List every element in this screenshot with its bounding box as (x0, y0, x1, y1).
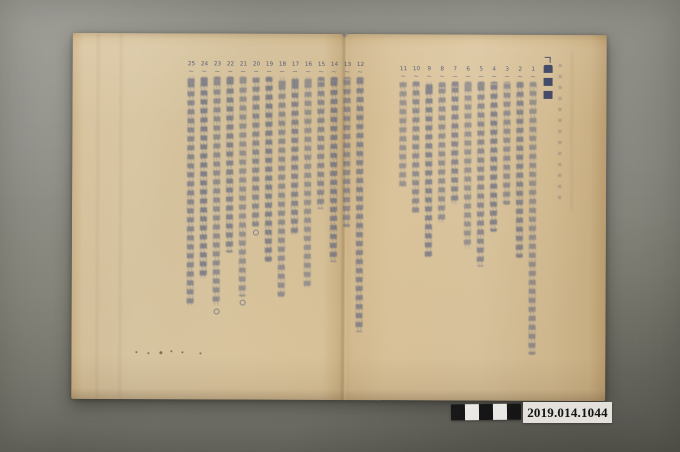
handwritten-column-text (412, 81, 420, 213)
handwritten-column-text (477, 82, 485, 267)
wavy-underline-mark: ~ (426, 73, 433, 80)
column-number: 8 (439, 65, 446, 74)
handwritten-column-text (330, 77, 338, 262)
scale-square-black (451, 404, 465, 420)
column-number: 16 (305, 60, 312, 69)
circle-mark (239, 300, 245, 306)
paper-crease (95, 33, 100, 399)
handwritten-column-text (291, 77, 299, 235)
wavy-underline-mark: ~ (188, 68, 195, 75)
handwritten-column-text (438, 81, 446, 222)
center-fold-crease (340, 34, 348, 400)
text-column: 6~ (464, 65, 472, 249)
text-column: 4~ (490, 65, 498, 232)
ink-speck (199, 352, 201, 354)
column-number: 25 (188, 60, 195, 69)
paper-crease (570, 53, 574, 211)
handwritten-column-text (503, 82, 511, 205)
handwritten-column-text (226, 77, 234, 253)
title-glyphs (543, 65, 552, 104)
column-number: 17 (292, 60, 299, 69)
text-column: 22~ (226, 60, 234, 253)
column-number: 9 (426, 65, 433, 74)
text-column: 19~ (265, 60, 273, 262)
ink-speck (147, 352, 149, 354)
wavy-underline-mark: ~ (491, 74, 498, 81)
text-column: 2~ (516, 65, 524, 258)
ink-speck (181, 351, 183, 353)
handwritten-column-text (213, 76, 221, 305)
paper-crease (118, 33, 123, 399)
wavy-underline-mark: ~ (400, 73, 407, 80)
text-column: 23~ (213, 59, 221, 314)
handwritten-column-text (528, 82, 536, 355)
column-number: 23 (214, 60, 221, 69)
handwritten-column-text (317, 77, 325, 209)
column-number: 22 (227, 60, 234, 69)
circle-mark (213, 308, 219, 314)
column-number: 18 (279, 60, 286, 69)
document-title-column (542, 57, 552, 104)
column-number: 2 (517, 65, 524, 74)
column-number: 7 (452, 65, 459, 74)
text-column: 15~ (317, 60, 325, 209)
text-column: 21~ (239, 60, 247, 306)
text-column: 18~ (278, 60, 286, 297)
margin-marks (558, 64, 562, 205)
text-column: 1~ (528, 65, 536, 355)
wavy-underline-mark: ~ (240, 69, 247, 76)
column-number: 10 (413, 65, 420, 74)
wavy-underline-mark: ~ (279, 69, 286, 76)
circle-mark (252, 229, 258, 235)
text-column: 16~ (304, 60, 312, 288)
text-column: 7~ (451, 64, 459, 204)
handwritten-column-text (304, 77, 312, 288)
column-number: 4 (491, 65, 498, 74)
text-column: 24~ (200, 59, 208, 278)
wavy-underline-mark: ~ (305, 69, 312, 76)
wavy-underline-mark: ~ (253, 69, 260, 76)
text-column: 20~ (252, 60, 260, 236)
wavy-underline-mark: ~ (478, 74, 485, 81)
catalog-number-label: 2019.014.1044 (523, 402, 612, 423)
ink-speck (170, 350, 172, 352)
handwritten-column-text (265, 77, 273, 262)
handwritten-column-text (425, 81, 433, 257)
handwritten-column-text (464, 82, 472, 249)
wavy-underline-mark: ~ (517, 74, 524, 81)
manuscript-paper: 1~2~3~4~5~6~7~8~9~10~11~12~13~14~15~16~1… (71, 33, 607, 401)
handwritten-column-text (399, 81, 406, 187)
column-number: 21 (240, 60, 247, 69)
text-column: 9~ (425, 64, 433, 257)
column-number: 3 (504, 65, 511, 74)
column-number: 24 (201, 60, 208, 69)
handwritten-column-text (490, 82, 498, 232)
wavy-underline-mark: ~ (439, 73, 446, 80)
wavy-underline-mark: ~ (266, 69, 273, 76)
text-column: 25~ (187, 59, 195, 305)
column-number: 20 (253, 60, 260, 69)
wavy-underline-mark: ~ (504, 74, 511, 81)
text-column: 14~ (330, 60, 338, 262)
corner-bracket-mark (545, 57, 551, 63)
handwritten-column-text (187, 76, 195, 305)
handwritten-column-text (278, 77, 286, 297)
scale-square-white (465, 404, 479, 420)
ink-speck (135, 351, 137, 353)
handwritten-column-text (355, 77, 363, 332)
photo-backdrop: 1~2~3~4~5~6~7~8~9~10~11~12~13~14~15~16~1… (0, 0, 680, 452)
wavy-underline-mark: ~ (318, 69, 325, 76)
handwritten-column-text (239, 77, 247, 297)
scale-square-black (507, 404, 521, 420)
column-number: 5 (478, 65, 485, 74)
text-column: 5~ (477, 65, 485, 267)
wavy-underline-mark: ~ (413, 73, 420, 80)
manuscript-text: 1~2~3~4~5~6~7~8~9~10~11~12~13~14~15~16~1… (149, 63, 562, 383)
wavy-underline-mark: ~ (201, 68, 208, 75)
scale-square-white (493, 404, 507, 420)
handwritten-column-text (200, 76, 208, 278)
column-number: 14 (331, 60, 338, 69)
column-number: 12 (357, 60, 364, 69)
handwritten-column-text (252, 77, 260, 227)
text-column: 11~ (399, 64, 407, 187)
scale-square-black (479, 404, 493, 420)
wavy-underline-mark: ~ (357, 69, 364, 76)
handwritten-column-text (451, 81, 459, 204)
column-number: 19 (266, 60, 273, 69)
wavy-underline-mark: ~ (465, 74, 472, 81)
wavy-underline-mark: ~ (452, 73, 459, 80)
wavy-underline-mark: ~ (214, 68, 221, 75)
text-column: 12~ (355, 60, 363, 332)
ink-speck (159, 351, 162, 354)
margin-marks-column (558, 63, 563, 205)
text-column: 3~ (503, 65, 511, 205)
column-number: 15 (318, 60, 325, 69)
column-number: 11 (400, 64, 407, 73)
text-column: 10~ (412, 64, 420, 213)
text-column: 8~ (438, 64, 446, 222)
column-number: 6 (465, 65, 472, 74)
handwritten-column-text (516, 82, 524, 258)
wavy-underline-mark: ~ (530, 74, 537, 81)
text-column: 17~ (291, 60, 299, 235)
wavy-underline-mark: ~ (331, 69, 338, 76)
wavy-underline-mark: ~ (292, 69, 299, 76)
column-number: 1 (530, 65, 537, 74)
color-scale-bar (451, 404, 521, 421)
wavy-underline-mark: ~ (227, 69, 234, 76)
